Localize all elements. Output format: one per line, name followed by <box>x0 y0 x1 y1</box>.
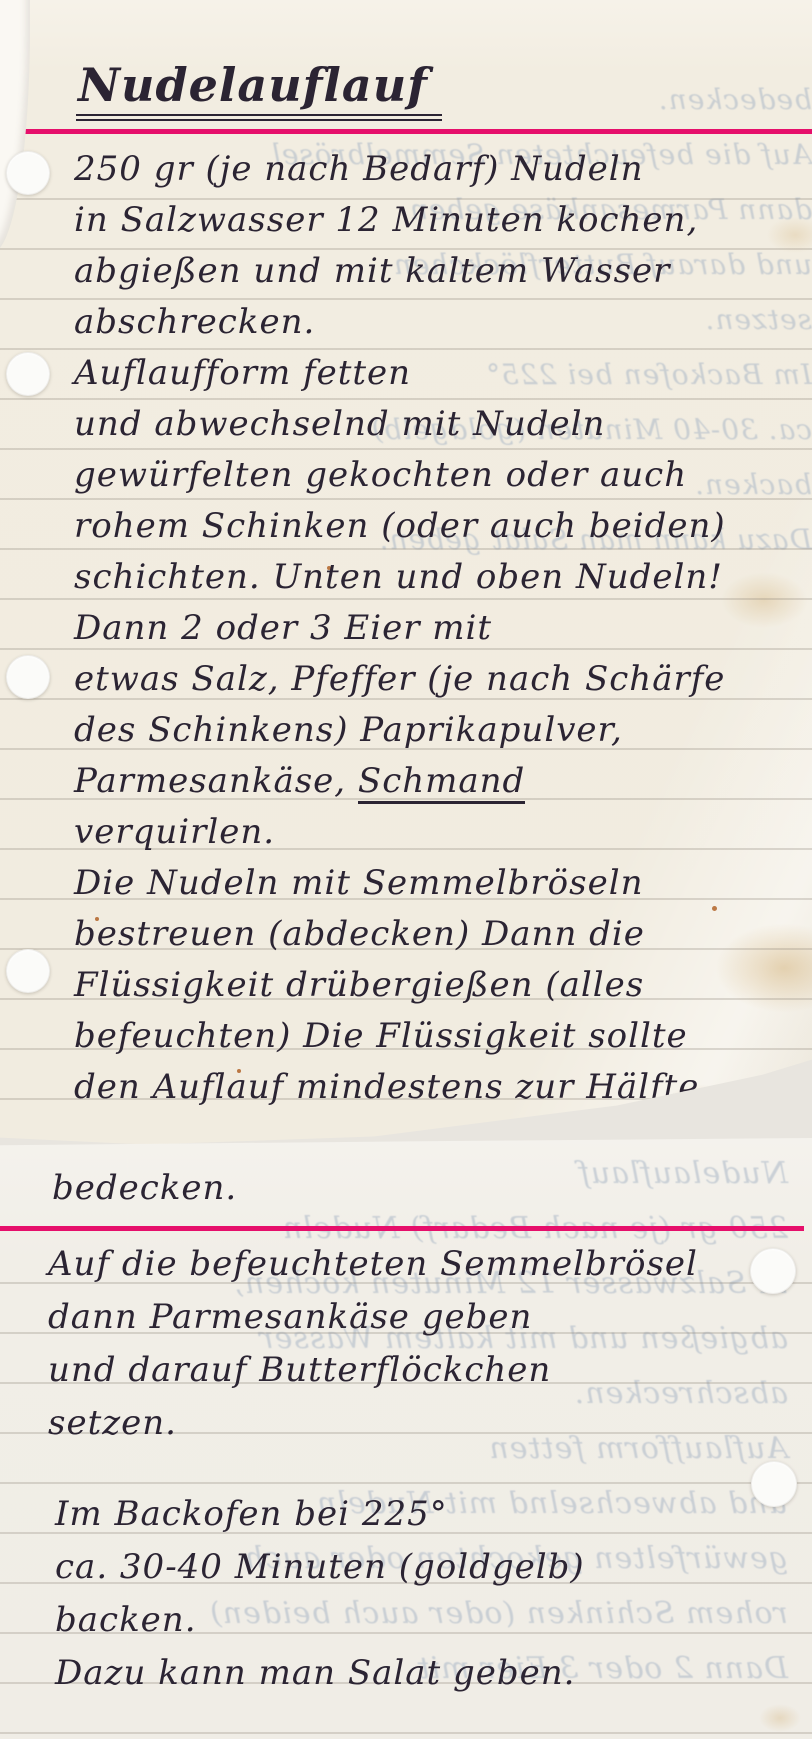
recipe-line: den Auflauf mindestens zur Hälfte <box>74 1062 726 1113</box>
recipe-line: dann Parmesankäse geben <box>48 1291 698 1344</box>
recipe-line: bedecken. <box>52 1162 237 1215</box>
recipe-line: etwas Salz, Pfeffer (je nach Schärfe <box>74 654 726 705</box>
recipe-line: schichten. Unten und oben Nudeln! <box>74 552 726 603</box>
recipe-line: 250 gr (je nach Bedarf) Nudeln <box>74 144 726 195</box>
recipe-body-block-3: Im Backofen bei 225° ca. 30-40 Minuten (… <box>55 1488 585 1700</box>
recipe-line: gewürfelten gekochten oder auch <box>74 450 726 501</box>
punch-hole <box>6 151 50 195</box>
recipe-line: des Schinkens) Paprikapulver, <box>74 705 726 756</box>
punch-hole <box>6 655 50 699</box>
pink-margin-line <box>0 129 812 134</box>
recipe-title: Nudelauflauf <box>76 58 442 121</box>
recipe-line: Flüssigkeit drübergießen (alles <box>74 960 726 1011</box>
recipe-line: verquirlen. <box>74 807 726 858</box>
recipe-line: ca. 30-40 Minuten (goldgelb) <box>55 1541 585 1594</box>
recipe-line: setzen. <box>48 1397 698 1450</box>
recipe-line: bestreuen (abdecken) Dann die <box>74 909 726 960</box>
bleedthrough-line: bedecken. <box>400 72 812 127</box>
recipe-line: Die Nudeln mit Semmelbröseln <box>74 858 726 909</box>
recipe-word-underlined: Schmand <box>358 761 525 804</box>
punch-hole <box>6 352 50 396</box>
recipe-line: Auflaufform fetten <box>74 348 726 399</box>
note-page-back: Nudelauflauf 250 gr (je nach Bedarf) Nud… <box>0 1138 812 1739</box>
recipe-line: Dazu kann man Salat geben. <box>55 1647 585 1700</box>
punch-hole <box>6 949 50 993</box>
recipe-body-block-2: Auf die befeuchteten Semmelbrösel dann P… <box>48 1238 698 1450</box>
recipe-line: abgießen und mit kaltem Wasser <box>74 246 726 297</box>
punch-hole <box>751 1461 797 1507</box>
pink-margin-line <box>0 1226 804 1231</box>
recipe-line: abschrecken. <box>74 297 726 348</box>
recipe-line-cheese-plain: Parmesankäse, <box>74 761 358 801</box>
recipe-continuation-word: bedecken. <box>52 1162 237 1215</box>
page-curl-corner <box>0 0 30 253</box>
recipe-line: rohem Schinken (oder auch beiden) <box>74 501 726 552</box>
recipe-line: befeuchten) Die Flüssigkeit sollte <box>74 1011 726 1062</box>
punch-hole <box>750 1248 796 1294</box>
recipe-line: backen. <box>55 1594 585 1647</box>
recipe-line-cheese: Parmesankäse, Schmand <box>74 756 726 807</box>
recipe-line: Dann 2 oder 3 Eier mit <box>74 603 726 654</box>
note-page-front: bedecken. Auf die befeuchteten Semmelbrö… <box>0 0 812 1148</box>
recipe-line: Auf die befeuchteten Semmelbrösel <box>48 1238 698 1291</box>
recipe-line: und darauf Butterflöckchen <box>48 1344 698 1397</box>
recipe-body-block-1: 250 gr (je nach Bedarf) Nudeln in Salzwa… <box>74 144 726 1113</box>
recipe-line: und abwechselnd mit Nudeln <box>74 399 726 450</box>
recipe-line: in Salzwasser 12 Minuten kochen, <box>74 195 726 246</box>
recipe-line: Im Backofen bei 225° <box>55 1488 585 1541</box>
